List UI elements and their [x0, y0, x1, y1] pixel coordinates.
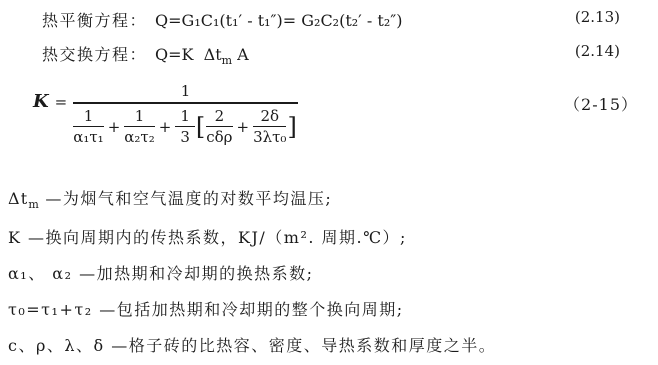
term2-denominator: α₂τ₂ — [124, 127, 154, 146]
k-formula-fraction: 1 1 α₁τ₁ + 1 α₂τ₂ + 1 3 — [73, 82, 298, 146]
equation-row-heat-exchange: 热交换方程： Q=K Δtm A (2.14) — [0, 42, 658, 67]
definition-delta-tm-text: —为烟气和空气温度的对数平均温压; — [39, 189, 332, 208]
definition-delta-tm-subscript: m — [28, 198, 38, 211]
definition-k-text: K —换向周期内的传热系数，KJ/（m². 周期.℃）; — [8, 228, 407, 247]
equation-row-heat-balance: 热平衡方程： Q=G₁C₁(t₁′ - t₁″)= G₂C₂(t₂′ - t₂″… — [0, 8, 658, 31]
term-lambda-tau0: 2δ 3λτ₀ — [253, 107, 286, 146]
fraction-numerator: 1 — [73, 82, 298, 104]
term5-denominator: 3λτ₀ — [253, 127, 286, 146]
heat-exchange-formula-subscript: m — [222, 54, 232, 67]
heat-exchange-formula-pre: Q=K Δt — [155, 45, 222, 64]
term-c-delta-rho: 2 cδρ — [206, 107, 232, 146]
plus-operator-1: + — [108, 118, 121, 136]
term2-numerator: 1 — [124, 107, 154, 127]
plus-operator-3: + — [237, 118, 250, 136]
document-page: 热平衡方程： Q=G₁C₁(t₁′ - t₁″)= G₂C₂(t₂′ - t₂″… — [0, 0, 658, 365]
equation-number-2-13: (2.13) — [575, 8, 620, 26]
definition-k: K —换向周期内的传热系数，KJ/（m². 周期.℃）; — [8, 225, 652, 248]
definition-tau-text: τ₀=τ₁+τ₂ —包括加热期和冷却期的整个换向周期; — [8, 300, 404, 319]
equation-number-2-15: （2-15） — [564, 92, 638, 115]
term-one-third: 1 3 — [175, 107, 195, 146]
k-formula-content: K = 1 1 α₁τ₁ + 1 α₂τ₂ + 1 — [33, 82, 298, 146]
term-alpha2-tau2: 1 α₂τ₂ — [124, 107, 154, 146]
definition-alpha-text: α₁、 α₂ —加热期和冷却期的换热系数; — [8, 264, 314, 283]
close-bracket: ] — [287, 115, 296, 139]
term5-numerator: 2δ — [253, 107, 286, 127]
term-alpha1-tau1: 1 α₁τ₁ — [73, 107, 103, 146]
definition-c-rho-lambda-delta: c、ρ、λ、δ —格子砖的比热容、密度、导热系数和厚度之半。 — [8, 333, 652, 356]
open-bracket: [ — [196, 115, 205, 139]
term4-denominator: cδρ — [206, 127, 232, 146]
heat-balance-label: 热平衡方程： — [42, 8, 147, 31]
heat-exchange-content: 热交换方程： Q=K Δtm A — [42, 42, 249, 67]
heat-exchange-formula-post: A — [232, 45, 249, 64]
definition-c-rho-lambda-delta-text: c、ρ、λ、δ —格子砖的比热容、密度、导热系数和厚度之半。 — [8, 336, 496, 355]
definition-tau: τ₀=τ₁+τ₂ —包括加热期和冷却期的整个换向周期; — [8, 297, 652, 320]
k-variable: K — [33, 91, 49, 112]
definition-alpha: α₁、 α₂ —加热期和冷却期的换热系数; — [8, 261, 652, 284]
plus-operator-2: + — [159, 118, 172, 136]
heat-balance-formula: Q=G₁C₁(t₁′ - t₁″)= G₂C₂(t₂′ - t₂″) — [155, 11, 402, 30]
heat-exchange-formula: Q=K Δtm A — [155, 45, 249, 67]
definition-delta-tm-pre: Δt — [8, 189, 28, 208]
heat-exchange-label: 热交换方程： — [42, 42, 147, 65]
equation-number-2-14: (2.14) — [575, 42, 620, 60]
term1-denominator: α₁τ₁ — [73, 127, 103, 146]
equals-sign: = — [55, 93, 68, 111]
term1-numerator: 1 — [73, 107, 103, 127]
definition-delta-tm: Δtm —为烟气和空气温度的对数平均温压; — [8, 186, 652, 211]
equation-row-k-formula: K = 1 1 α₁τ₁ + 1 α₂τ₂ + 1 — [0, 82, 658, 146]
heat-balance-content: 热平衡方程： Q=G₁C₁(t₁′ - t₁″)= G₂C₂(t₂′ - t₂″… — [42, 8, 402, 31]
term3-denominator: 3 — [175, 127, 195, 146]
term3-numerator: 1 — [175, 107, 195, 127]
fraction-denominator: 1 α₁τ₁ + 1 α₂τ₂ + 1 3 [ 2 — [73, 104, 298, 146]
term4-numerator: 2 — [206, 107, 232, 127]
